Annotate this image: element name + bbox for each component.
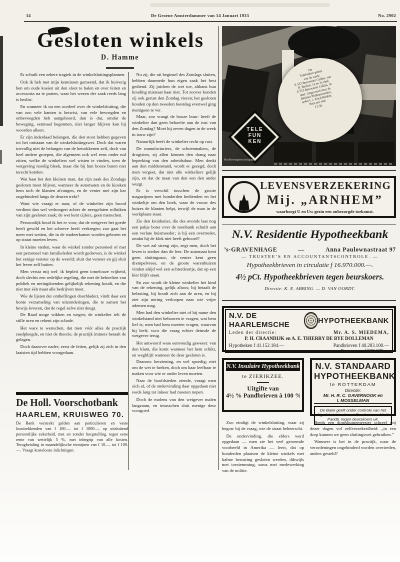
arnhem-logo-icon (228, 181, 260, 213)
residentie-circulation: Hypotheekbrieven in circulatie f 16.970.… (224, 262, 396, 269)
residentie-address: Anna Paulownastraat 97 (325, 246, 396, 253)
haarlemsche-inner: N.V. DE HAARLEMSCHE HYPOTHEEKBANK Leden … (225, 309, 393, 353)
article-column-3-text: Zoo eindigt de winkelsluiting, waar zij … (222, 420, 304, 472)
arnhem-ad: LEVENSVERZEKERING Mij. „ARNHEM” waarborg… (222, 176, 396, 218)
article-byline: D. Hamme (30, 54, 210, 62)
standaard-directors1: Mr. H. R. C. GAVERNOOK en (314, 393, 392, 398)
article-paragraph: Doch daarover nader; eerst de feiten, ge… (16, 344, 126, 356)
article-paragraph: Nu zij, die uit beginsel des Zondags slu… (132, 72, 216, 113)
article-paragraph: Reeds een dorpsburgemeester schreef mij … (310, 420, 396, 438)
haarlemsche-stats: Hypotheken f 41.152.184.— Pandbrieven f … (229, 343, 389, 354)
newspaper-page: 14 De Groene Amsterdammer van 14 Januari… (0, 0, 400, 562)
article-paragraph: Daarom: herziening, en wel spoedig; niet… (132, 359, 216, 377)
article-paragraph: De wet zal streng zijn, zegt men, doch h… (132, 243, 216, 278)
standaard-city: te ROTTERDAM (314, 382, 392, 387)
logo-line: KEN (248, 140, 262, 146)
residentie-directors: Directie: K. E. ABBING. — D. VAN OORDT. (224, 286, 396, 291)
article-paragraph: Persoonlijk houd ik het er voor, dat de … (16, 220, 126, 243)
record-label-rotator: DeTelefunken-platenvan de week:E 532 Ben… (278, 59, 362, 142)
arnhem-line1: LEVENSVERZEKERING (260, 181, 390, 192)
stat-right: Pandbrieven f 40.283.100.— Reserven . . … (333, 343, 389, 354)
scan-artifact (0, 36, 3, 126)
article-paragraph: De ondervinding, die elders werd opgedaa… (222, 433, 304, 472)
article-paragraph: Want wie vraagt er naar, of de winkelier… (16, 201, 126, 219)
article-byline-wrap: D. Hamme (30, 54, 210, 65)
directors-label: Leden der directie: (229, 330, 277, 335)
directors-2: P. H. CRAANDIJK en A. E. THIERRY DE BYE … (229, 336, 389, 341)
standaard-title2: HYPOTHEEKBANK (314, 372, 392, 382)
article-paragraph: Wanneer is het in de practijk, waar de v… (310, 439, 396, 457)
bank-seal-icon (304, 312, 318, 329)
article-column-4-text: Reeds een dorpsburgemeester schreef mij … (310, 420, 396, 456)
haarlemsche-directors-row: Leden der directie: Mr. A. S. MIEDEMA, (229, 330, 389, 335)
article-paragraph: Er zijn inderdaad belangen, die den stoo… (16, 134, 126, 175)
residentie-title: N.V. Residentie Hypotheekbank (224, 228, 396, 242)
residentie-city: ’s-GRAVENHAGE (224, 246, 277, 253)
arnhem-line2: Mij. „ARNHEM” (260, 193, 390, 208)
article-paragraph: Maar, zoo vraagt de booze buur: heeft de… (132, 114, 216, 137)
article-paragraph: En zoo wordt de kleine winkelier het kin… (132, 279, 216, 308)
stat-hypotheken: Hypotheken f 41.152.184.— (229, 343, 284, 354)
standaard-directie-label: Directie: (314, 388, 392, 393)
article-paragraph: Wat baat het den kleinen man, dat zijn z… (16, 176, 126, 199)
haarlemsche-ad: N.V. DE HAARLEMSCHE HYPOTHEEKBANK Leden … (222, 306, 396, 352)
insulaire-city: te ZIERIKZEE. (226, 373, 300, 379)
insulaire-title: N.V. Insulaire Hypotheekbank (226, 363, 300, 370)
director-1: Mr. A. S. MIEDEMA, (333, 330, 389, 335)
arnhem-tagline: waarborgt U en Uw gezin een onbezorgde t… (260, 209, 390, 214)
article-paragraph: De manufacturiers, de schoenmakers, de d… (132, 146, 216, 187)
section-rule (222, 170, 396, 171)
section-rule (222, 224, 396, 225)
product-captions (274, 163, 394, 165)
telefunken-ad: DeTelefunken-platenvan de week:E 532 Ben… (222, 26, 396, 166)
voorschotbank-ad: De Holl. Voorschotbank HAARLEM, KRUISWEG… (16, 392, 128, 474)
standaard-ad: N.V. STANDAARD HYPOTHEEKBANK te ROTTERDA… (310, 358, 396, 416)
article-paragraph: Doch de molens van den wetgever malen la… (132, 396, 216, 414)
insulaire-offer1: Uitgifte van (226, 385, 300, 392)
haarlemsche-title-left: N.V. DE HAARLEMSCHE (229, 311, 304, 329)
residentie-trustee: — TRUSTEE’S EN ACCOUNTANTSCONTROLE. — (224, 254, 396, 259)
article-paragraph: Zoo eindigt de winkelsluiting, waar zij … (222, 420, 304, 432)
residentie-address-row: ’s-GRAVENHAGE — Anna Paulownastraat 97 (224, 246, 396, 253)
insulaire-ad: N.V. Insulaire Hypotheekbank te ZIERIKZE… (222, 358, 304, 412)
article-paragraph: Er is verschil tusschen de groote magazi… (132, 188, 216, 217)
issue-number: No. 2902 (196, 13, 396, 18)
article-paragraph: Het ware te wenschen, dat men vóór alles… (16, 325, 126, 343)
article-column-2-text: Nu zij, die uit beginsel des Zondags slu… (132, 72, 216, 414)
article-paragraph: Het antwoord ware eenvoudig geweest: van… (132, 340, 216, 358)
byline-rule (106, 67, 134, 69)
article-paragraph: Men versta mij wel: ik bepleit geen tome… (16, 269, 126, 292)
article-title: Gesloten winkels (28, 28, 213, 53)
article-paragraph: Zie den kruidenier, die des avonds laat … (132, 218, 216, 241)
product-photo (274, 142, 312, 162)
article-paragraph: Er schuilt een zekere tragiek in de wink… (16, 72, 126, 78)
dash: — (298, 246, 304, 253)
product-photo (316, 142, 354, 162)
article-column-2: Nu zij, die uit beginsel des Zondags slu… (132, 72, 216, 470)
standaard-directors2: I. MOSSELMAN (314, 398, 392, 403)
small-divider (257, 382, 269, 383)
insulaire-titlebar: N.V. Insulaire Hypotheekbank (226, 362, 300, 371)
article-paragraph: In kleine steden, waar de winkel zonder … (16, 244, 126, 267)
article-column-1: Er schuilt een zekere tragiek in de wink… (16, 72, 126, 388)
insulaire-offer2: 4½ % Pandbrieven à 100 % (226, 392, 300, 399)
voorschotbank-subtitle: HAARLEM, KRUISWEG 70. (16, 410, 128, 419)
column-divider-2 (218, 26, 219, 470)
article-paragraph: Natuurlijk heeft de winkelier recht op r… (132, 139, 216, 145)
stat-reserven: Reserven . . f 929.170.— (333, 348, 389, 353)
article-paragraph: En wanneer ik nu een oordeel over de win… (16, 104, 126, 133)
article-column-1-text: Er schuilt een zekere tragiek in de wink… (16, 72, 126, 356)
masthead-rule (24, 21, 397, 22)
scan-artifact (150, 3, 330, 7)
telefunken-logo-text: TELE FUN KEN (240, 122, 270, 152)
record-label-circle: DeTelefunken-platenvan de week:E 532 Ben… (278, 58, 362, 142)
ad-top-bar (16, 392, 128, 395)
haarlemsche-header: N.V. DE HAARLEMSCHE HYPOTHEEKBANK (229, 311, 389, 329)
voorschotbank-body: De Bank verstrekt gelden aan particulier… (16, 421, 128, 454)
residentie-ad: N.V. Residentie Hypotheekbank ’s-GRAVENH… (224, 228, 396, 292)
article-column-3: Zoo eindigt de winkelsluiting, waar zij … (222, 420, 304, 472)
arnhem-text: LEVENSVERZEKERING Mij. „ARNHEM” waarborg… (260, 181, 390, 214)
photo-shape (288, 26, 360, 60)
voorschotbank-title: De Holl. Voorschotbank (16, 398, 128, 409)
article-paragraph: Men had den winkelier niet of bij name d… (132, 310, 216, 339)
tower-silhouette (239, 194, 250, 211)
residentie-offer: 4½ pCt. Hypotheekbrieven tegen beurskoer… (224, 273, 396, 281)
article-paragraph: Naar de hoofdsteden ziende, vraagt men z… (132, 378, 216, 396)
haarlemsche-title-right: HYPOTHEEKBANK (318, 316, 389, 325)
article-column-4: Reeds een dorpsburgemeester schreef mij … (310, 420, 396, 466)
article-paragraph: Wie de lijsten der ontheffingen doorblad… (16, 293, 126, 311)
article-paragraph: De Raad moge wikken en wegen; de winkeli… (16, 312, 126, 324)
product-photo (358, 142, 394, 162)
column-divider-1 (128, 72, 129, 470)
section-rule (222, 300, 396, 301)
scan-artifact (0, 150, 2, 164)
article-paragraph: Ook ik heb met mijn kennissen gemeend, d… (16, 79, 126, 102)
